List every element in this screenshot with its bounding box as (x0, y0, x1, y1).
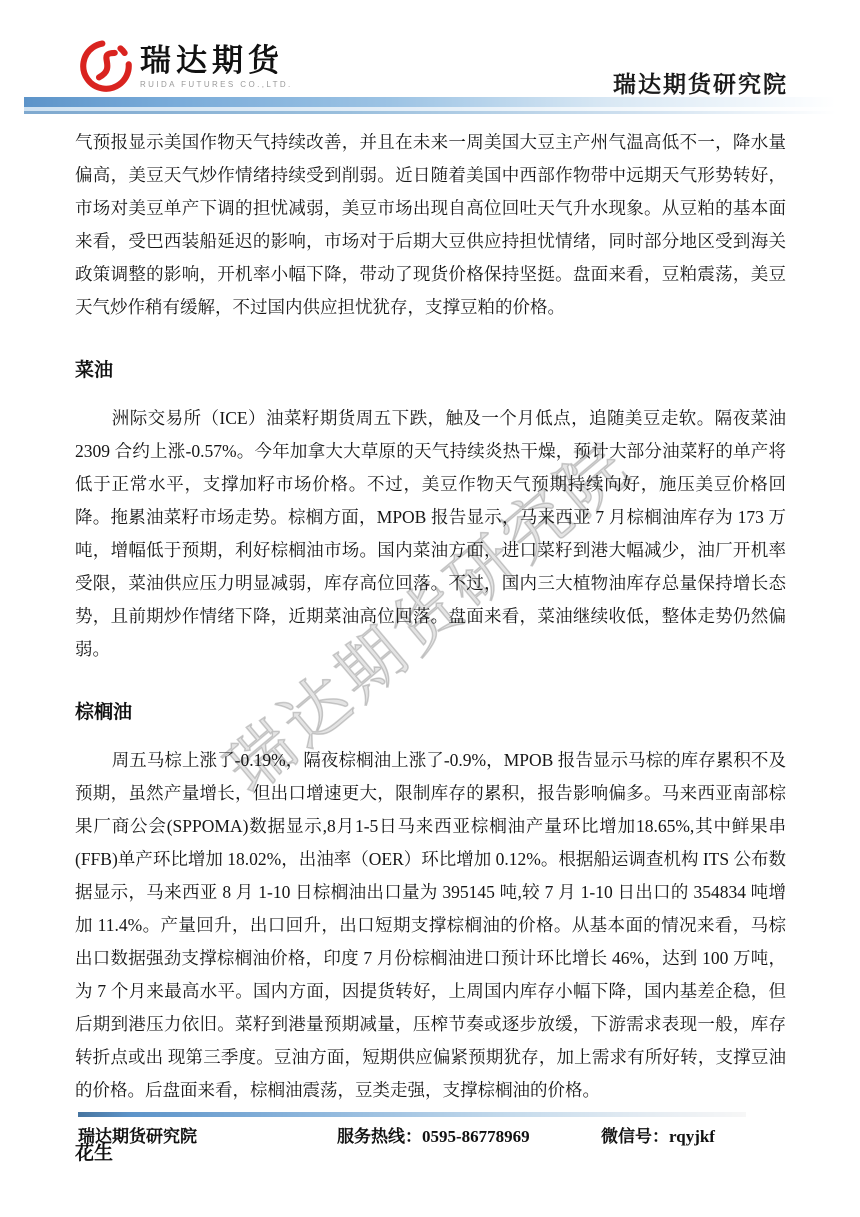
header-divider-stripe-top (24, 97, 836, 107)
footer-wechat-id: rqyjkf (669, 1127, 715, 1146)
footer-hotline-label: 服务热线： (337, 1127, 422, 1146)
brand-name-en: RUIDA FUTURES CO.,LTD. (140, 80, 293, 89)
section-heading-caiyou: 菜油 (75, 360, 786, 382)
footer-wechat-label: 微信号： (601, 1127, 669, 1146)
section-paragraph-caiyou: 洲际交易所（ICE）油菜籽期货周五下跌，触及一个月低点，追随美豆走软。隔夜菜油 … (75, 402, 786, 666)
footer-wechat: 微信号：rqyjkf (601, 1122, 715, 1147)
header-divider (24, 97, 836, 115)
brand-logo: 瑞达期货 RUIDA FUTURES CO.,LTD. (78, 38, 293, 94)
footer-org-name: 瑞达期货研究院 (78, 1122, 197, 1147)
ruida-logo-icon (78, 38, 134, 94)
page-footer: 瑞达期货研究院 服务热线：0595-86778969 微信号：rqyjkf (0, 1108, 860, 1168)
brand-text: 瑞达期货 RUIDA FUTURES CO.,LTD. (140, 44, 293, 89)
report-page: 瑞达期货 RUIDA FUTURES CO.,LTD. 瑞达期货研究院 瑞达期货… (0, 0, 860, 1217)
footer-divider (78, 1112, 746, 1117)
footer-hotline-number: 0595-86778969 (422, 1127, 530, 1146)
footer-hotline: 服务热线：0595-86778969 (337, 1122, 530, 1147)
page-title: 瑞达期货研究院 (613, 66, 788, 99)
footer-info-row: 瑞达期货研究院 服务热线：0595-86778969 微信号：rqyjkf (0, 1122, 860, 1148)
brand-name-cn: 瑞达期货 (140, 44, 293, 78)
section-heading-zonglvyou: 棕榈油 (75, 702, 786, 724)
document-body: 气预报显示美国作物天气持续改善，并且在未来一周美国大豆主产州气温高低不一，降水量… (75, 126, 786, 1185)
intro-paragraph: 气预报显示美国作物天气持续改善，并且在未来一周美国大豆主产州气温高低不一，降水量… (75, 126, 786, 324)
header-divider-stripe-bottom (24, 111, 836, 114)
section-paragraph-zonglvyou: 周五马棕上涨了-0.19%，隔夜棕榈油上涨了-0.9%，MPOB 报告显示马棕的… (75, 744, 786, 1107)
